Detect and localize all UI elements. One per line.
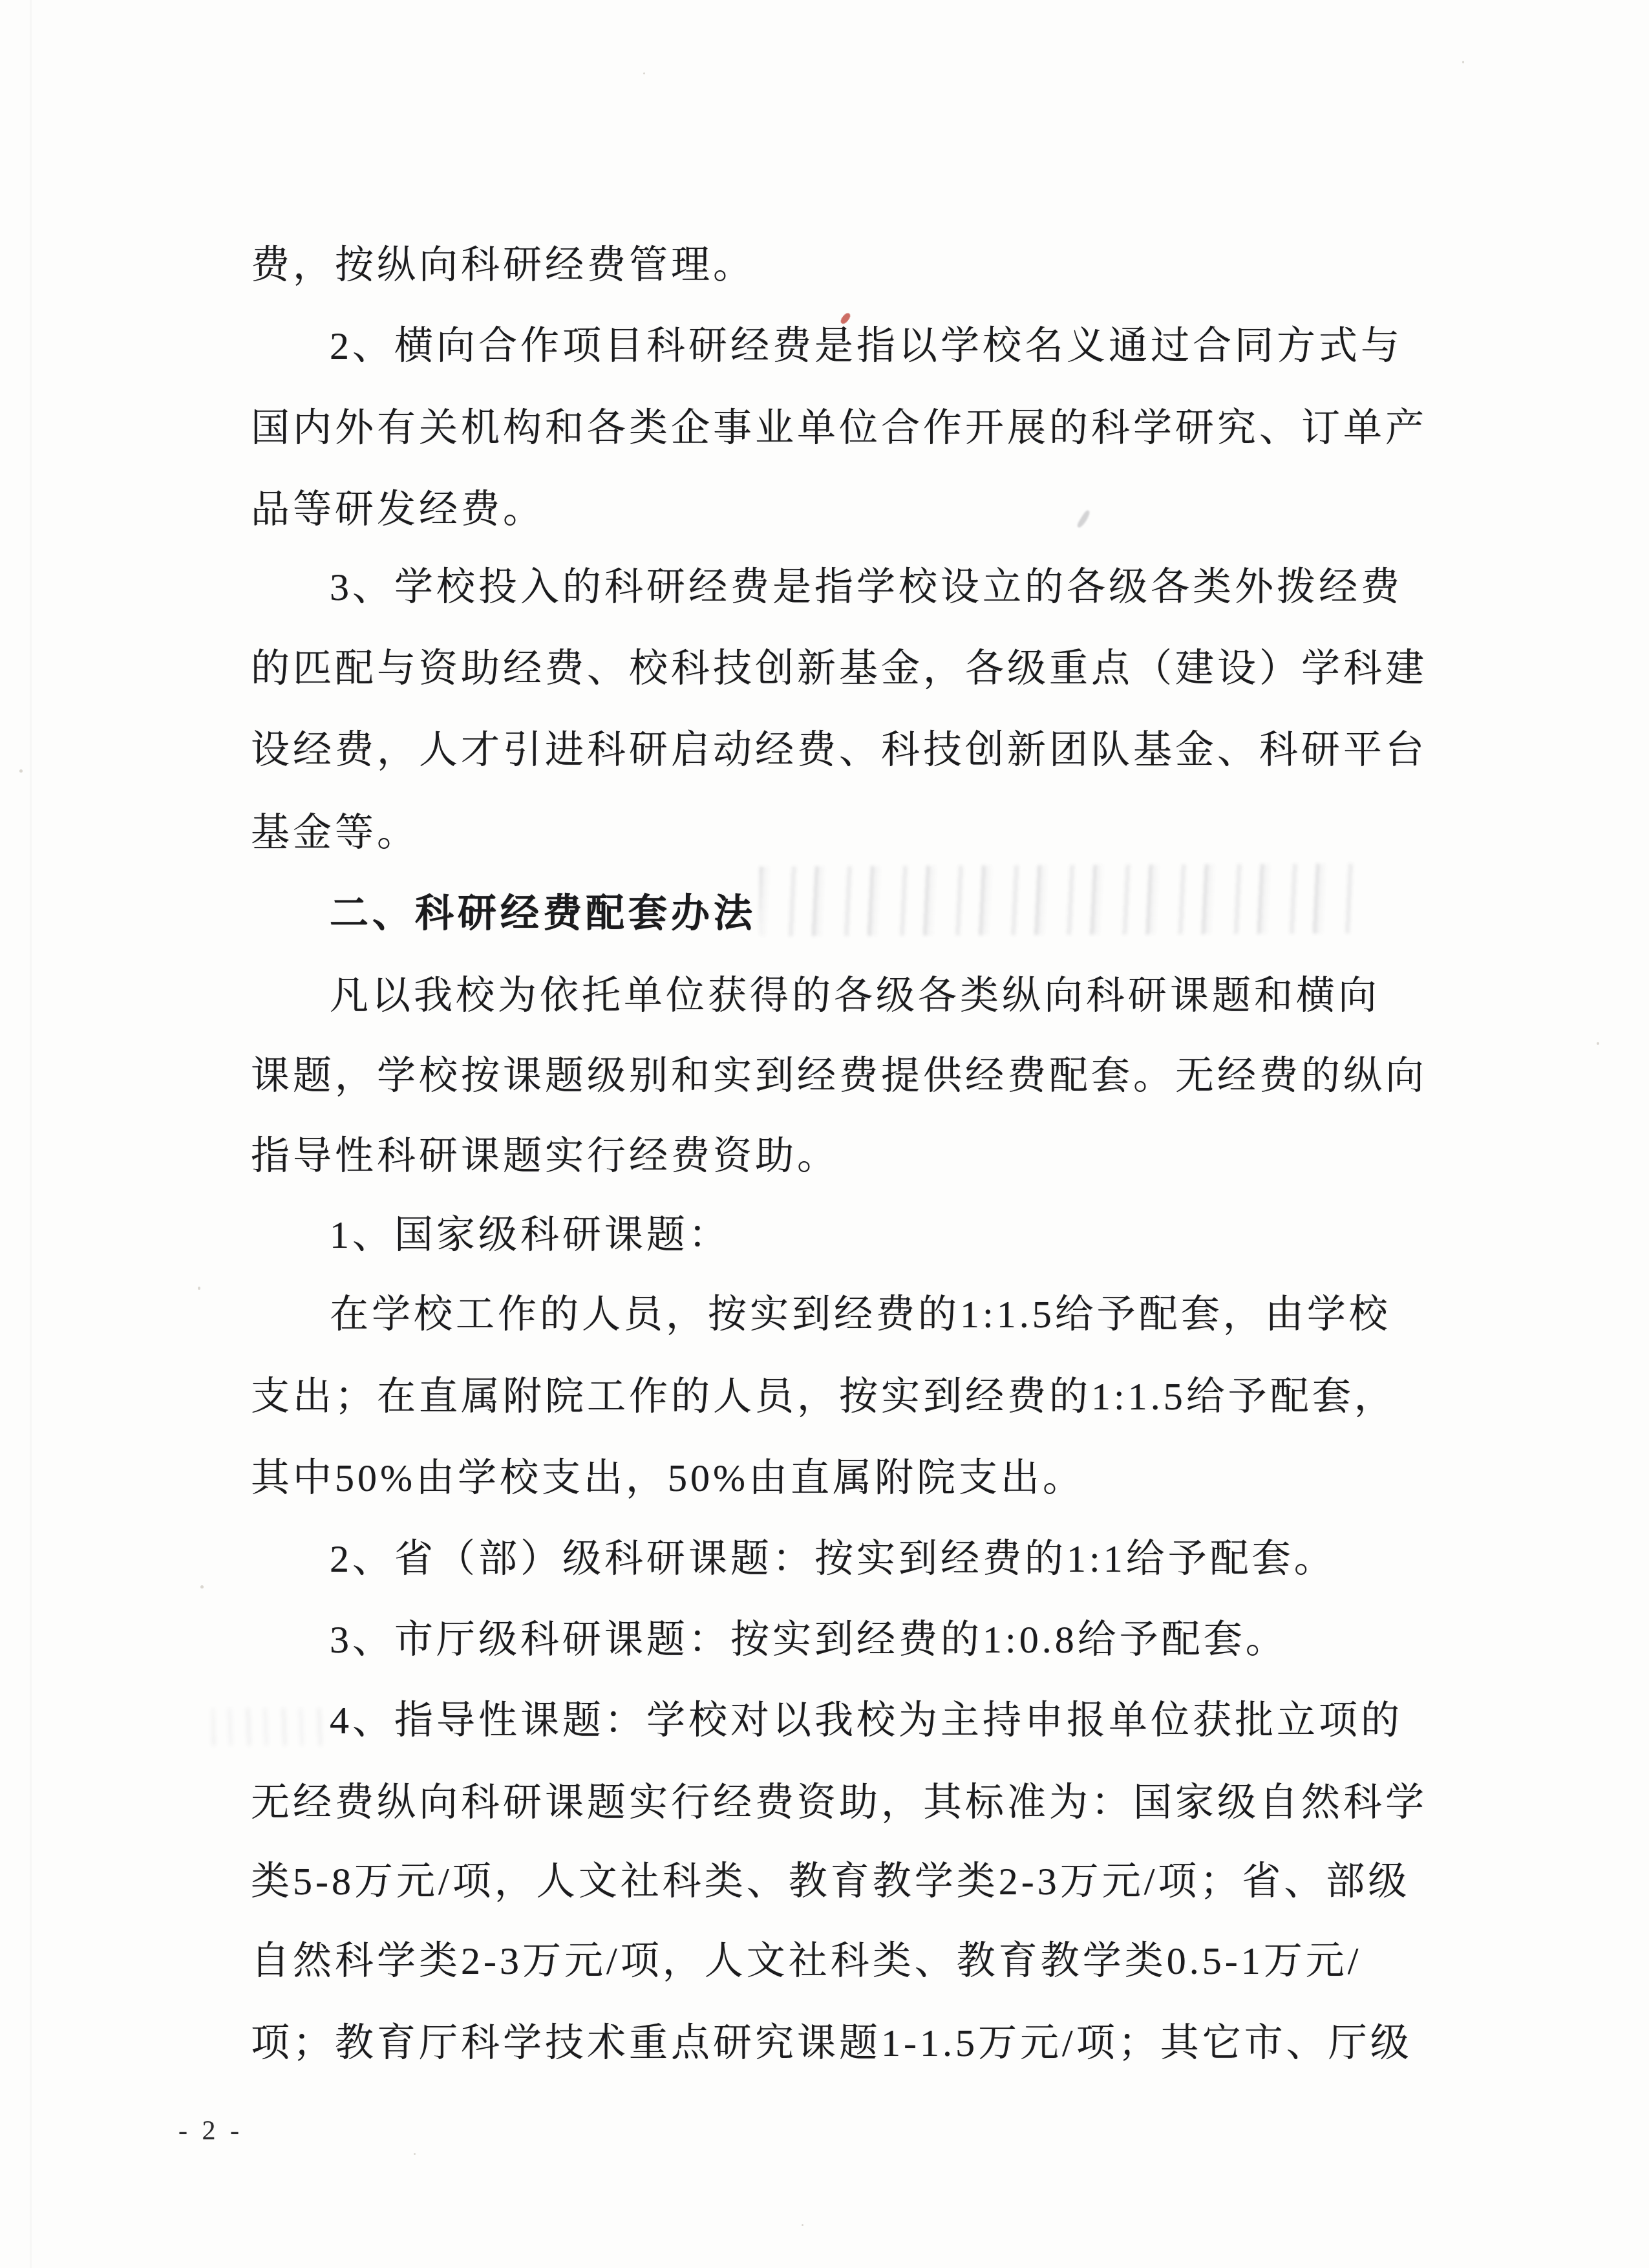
- dust-speck: [200, 1585, 204, 1589]
- text-line: 凡以我校为依托单位获得的各级各类纵向科研课题和横向: [251, 975, 1622, 1016]
- text-line: 3、学校投入的科研经费是指学校设立的各级各类外拨经费: [251, 566, 1622, 608]
- text-line: 自然科学类2-3万元/项，人文社科类、教育教学类0.5-1万元/: [251, 1940, 1544, 1982]
- dust-speck: [1597, 1042, 1599, 1045]
- text-line: 品等研发经费。: [251, 489, 1544, 530]
- text-line: 2、横向合作项目科研经费是指以学校名义通过合同方式与: [251, 325, 1622, 367]
- red-ink-speck: [839, 312, 852, 325]
- text-line: 指导性科研课题实行经费资助。: [251, 1135, 1544, 1177]
- document-page: 费，按纵向科研经费管理。 2、横向合作项目科研经费是指以学校名义通过合同方式与 …: [0, 0, 1649, 2268]
- dust-speck: [643, 72, 645, 74]
- text-line: 基金等。: [251, 812, 1544, 853]
- page-number: - 2 -: [178, 2115, 243, 2146]
- text-line: 设经费，人才引进科研启动经费、科技创新团队基金、科研平台: [251, 729, 1544, 771]
- text-line: 的匹配与资助经费、校科技创新基金，各级重点（建设）学科建: [251, 648, 1544, 689]
- text-line: 项；教育厅科学技术重点研究课题1-1.5万元/项；其它市、厅级: [251, 2022, 1544, 2064]
- text-line: 费，按纵向科研经费管理。: [251, 244, 1544, 286]
- text-line: 类5-8万元/项，人文社科类、教育教学类2-3万元/项；省、部级: [251, 1861, 1544, 1902]
- dust-speck: [1462, 61, 1464, 63]
- text-line: 3、市厅级科研课题：按实到经费的1:0.8给予配套。: [251, 1619, 1622, 1660]
- text-line: 2、省（部）级科研课题：按实到经费的1:1给予配套。: [251, 1538, 1622, 1579]
- text-line: 支出；在直属附院工作的人员，按实到经费的1:1.5给予配套，: [251, 1376, 1544, 1417]
- dust-speck: [19, 769, 23, 773]
- scanner-streak: [30, 0, 32, 2268]
- text-line: 课题，学校按课题级别和实到经费提供经费配套。无经费的纵向: [251, 1055, 1544, 1097]
- text-line: 1、国家级科研课题：: [251, 1214, 1622, 1256]
- text-line: 其中50%由学校支出，50%由直属附院支出。: [251, 1457, 1544, 1499]
- text-line: 在学校工作的人员，按实到经费的1:1.5给予配套，由学校: [251, 1294, 1622, 1335]
- section-heading: 二、科研经费配套办法: [251, 893, 1622, 934]
- dust-speck: [198, 1287, 200, 1290]
- dust-speck: [414, 2153, 416, 2155]
- dust-speck: [802, 2224, 803, 2226]
- text-line: 国内外有关机构和各类企事业单位合作开展的科学研究、订单产: [251, 407, 1544, 449]
- text-line: 4、指导性课题：学校对以我校为主持申报单位获批立项的: [251, 1700, 1622, 1741]
- text-line: 无经费纵向科研课题实行经费资助，其标准为：国家级自然科学: [251, 1782, 1544, 1823]
